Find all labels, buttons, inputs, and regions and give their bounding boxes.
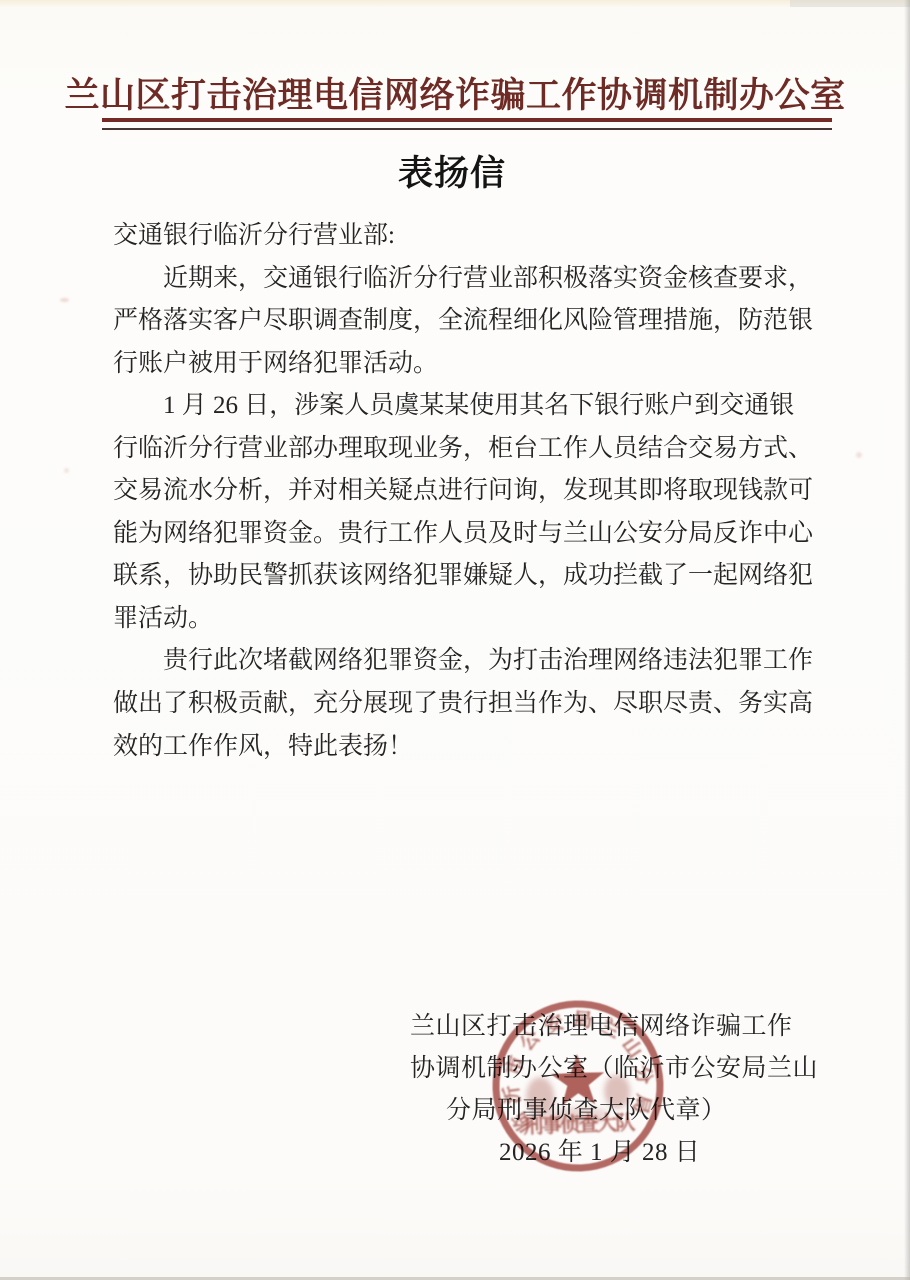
- body-line: 1 月 26 日，涉案人员虞某某使用其名下银行账户到交通银: [113, 385, 813, 428]
- photo-speck: [856, 452, 862, 458]
- header-rule-top: [102, 118, 832, 122]
- photo-edge-top-right: [790, 0, 910, 7]
- header-rule-bottom: [102, 128, 832, 130]
- body-line: 交易流水分析，并对相关疑点进行问询，发现其即将取现钱款可: [113, 470, 813, 513]
- letter-title: 表扬信: [0, 146, 904, 196]
- seal-star-icon: [550, 1053, 605, 1106]
- official-seal: 临沂市公安局兰山分局 刑事侦查大队: [487, 995, 669, 1177]
- photo-edge-top: [0, 0, 910, 8]
- body-line: 联系，协助民警抓获该网络犯罪嫌疑人，成功拦截了一起网络犯: [113, 555, 813, 598]
- photo-speck: [60, 298, 69, 302]
- salutation-line: 交通银行临沂分行营业部:: [113, 215, 813, 258]
- body-line: 贵行此次堵截网络犯罪资金，为打击治理网络违法犯罪工作: [113, 640, 813, 683]
- body-line: 行账户被用于网络犯罪活动。: [113, 343, 813, 386]
- body-line: 做出了积极贡献，充分展现了贵行担当作为、尽职尽责、务实高: [113, 683, 813, 726]
- letter-body: 交通银行临沂分行营业部: 近期来，交通银行临沂分行营业部积极落实资金核查要求， …: [113, 215, 813, 768]
- body-line: 能为网络犯罪资金。贵行工作人员及时与兰山公安分局反诈中心: [113, 513, 813, 556]
- photo-edge-right: [904, 0, 910, 1280]
- body-line: 行临沂分行营业部办理取现业务，柜台工作人员结合交易方式、: [113, 428, 813, 471]
- photo-speck: [64, 468, 69, 473]
- org-header: 兰山区打击治理电信网络诈骗工作协调机制办公室: [0, 68, 910, 118]
- body-line: 近期来，交通银行临沂分行营业部积极落实资金核查要求，: [113, 258, 813, 301]
- body-line: 罪活动。: [113, 598, 813, 641]
- body-line: 严格落实客户尽职调查制度，全流程细化风险管理措施，防范银: [113, 300, 813, 343]
- body-line: 效的工作作风，特此表扬！: [113, 726, 813, 769]
- letter-page: 兰山区打击治理电信网络诈骗工作协调机制办公室 表扬信 交通银行临沂分行营业部: …: [0, 0, 910, 1280]
